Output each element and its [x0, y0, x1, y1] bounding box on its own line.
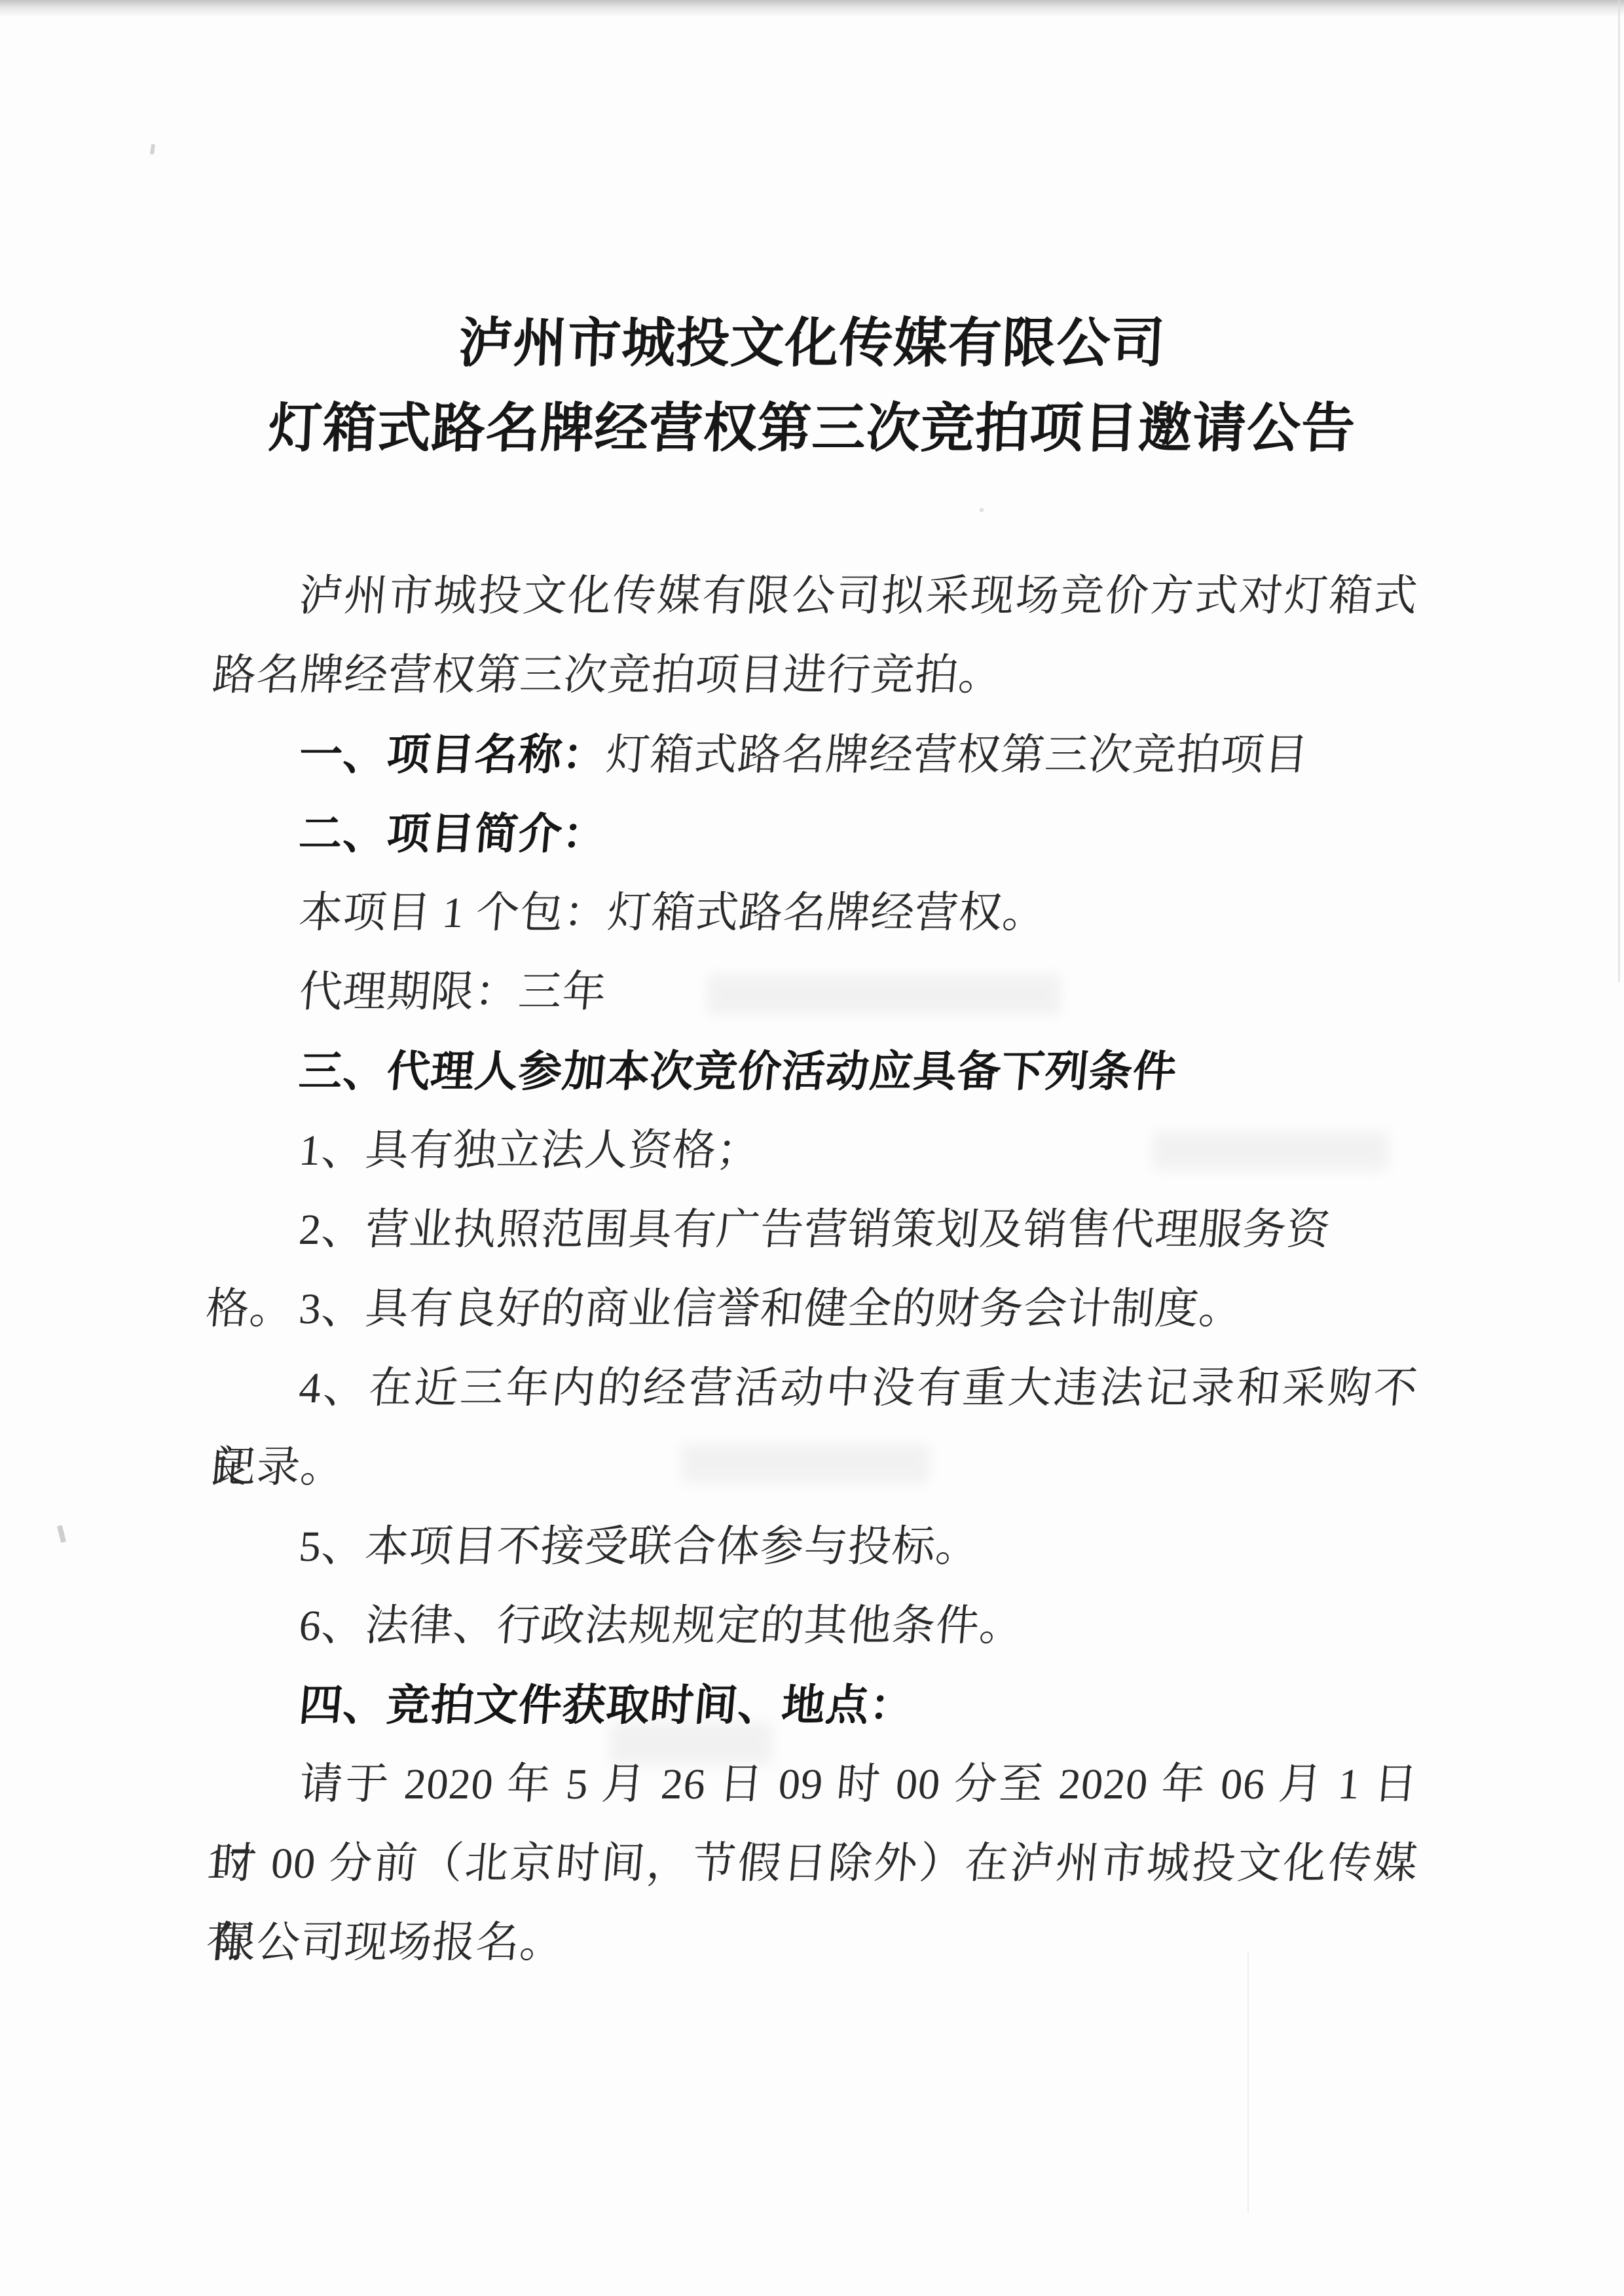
section2-heading: 二、项目简介： — [297, 809, 608, 858]
scan-artifact-line — [1247, 1951, 1249, 2213]
intro-line-2: 路名牌经营权第三次竞拍项目进行竞拍。 — [210, 636, 1422, 715]
document-body: 泸州市城投文化传媒有限公司拟采现场竞价方式对灯箱式 路名牌经营权第三次竞拍项目进… — [213, 556, 1418, 1982]
condition-item-2: 2、营业执照范围具有广告营销策划及销售代理服务资格。 — [210, 1190, 1422, 1269]
condition-item-4-line-1: 4、在近三年内的经营活动中没有重大违法记录和采购不良 — [210, 1349, 1422, 1428]
title-line-2: 灯箱式路名牌经营权第三次竞拍项目邀请公告 — [0, 386, 1624, 471]
title-line-1: 泸州市城投文化传媒有限公司 — [0, 301, 1624, 386]
document-title: 泸州市城投文化传媒有限公司 灯箱式路名牌经营权第三次竞拍项目邀请公告 — [0, 301, 1624, 471]
section4-heading-line: 四、竞拍文件获取时间、地点： — [210, 1666, 1422, 1745]
scan-artifact-speck — [57, 1525, 66, 1542]
condition-item-6: 6、法律、行政法规规定的其他条件。 — [210, 1586, 1422, 1666]
section4-line-2: 时 00 分前（北京时间，节假日除外）在泸州市城投文化传媒有 — [210, 1824, 1422, 1903]
scan-edge-shadow-top — [0, 0, 1624, 17]
section3-heading: 三、代理人参加本次竞价活动应具备下列条件 — [297, 1047, 1179, 1095]
section1-heading: 一、项目名称： — [297, 730, 608, 778]
scan-edge-line-right — [1618, 0, 1620, 982]
condition-item-5: 5、本项目不接受联合体参与投标。 — [210, 1507, 1422, 1586]
intro-line-1: 泸州市城投文化传媒有限公司拟采现场竞价方式对灯箱式 — [210, 556, 1422, 636]
section4-line-1: 请于 2020 年 5 月 26 日 09 时 00 分至 2020 年 06 … — [210, 1745, 1422, 1824]
condition-item-4-line-2: 记录。 — [210, 1428, 1422, 1507]
section4-heading: 四、竞拍文件获取时间、地点： — [297, 1681, 915, 1729]
section2-term-line: 代理期限：三年 — [210, 953, 1422, 1032]
scan-artifact-speck — [150, 144, 155, 155]
scan-artifact-speck — [980, 508, 984, 512]
section1-line: 一、项目名称：灯箱式路名牌经营权第三次竞拍项目 — [210, 715, 1422, 794]
section2-heading-line: 二、项目简介： — [210, 794, 1422, 873]
section1-project-name: 灯箱式路名牌经营权第三次竞拍项目 — [604, 731, 1310, 779]
section2-package-line: 本项目 1 个包：灯箱式路名牌经营权。 — [210, 873, 1422, 953]
scanned-document-page: 泸州市城投文化传媒有限公司 灯箱式路名牌经营权第三次竞拍项目邀请公告 泸州市城投… — [0, 0, 1624, 2296]
section4-line-3: 限公司现场报名。 — [210, 1903, 1422, 1982]
condition-item-3: 3、具有良好的商业信誉和健全的财务会计制度。 — [210, 1269, 1422, 1349]
condition-item-1: 1、具有独立法人资格； — [210, 1111, 1422, 1190]
section3-heading-line: 三、代理人参加本次竞价活动应具备下列条件 — [210, 1032, 1422, 1111]
